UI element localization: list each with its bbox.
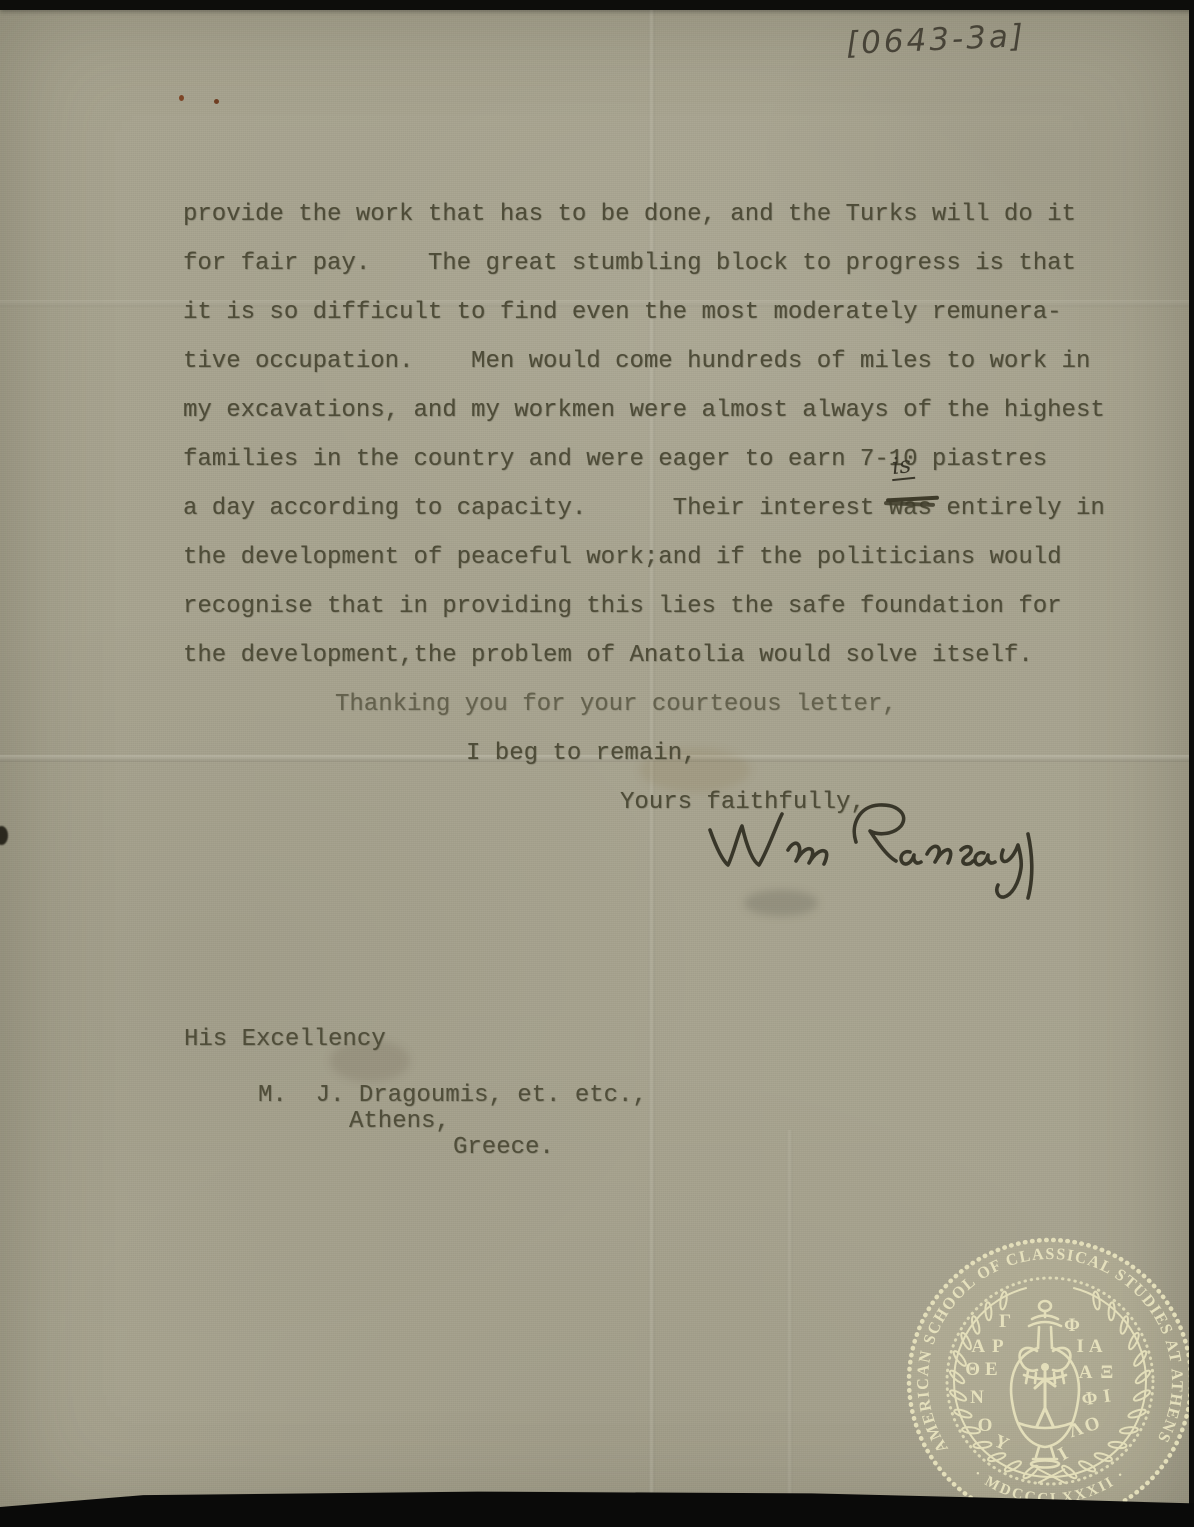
svg-text:ΑΡ: ΑΡ [971,1336,1010,1357]
closing-remain-line: I beg to remain, [183,729,1105,778]
correction-group: wasis [889,484,932,533]
scan-edge-right [1189,0,1194,1527]
svg-text:Ν: Ν [970,1387,984,1408]
recipient-name: M. J. Dragoumis, et. etc., [258,1082,647,1109]
correction-suffix: entirely in [932,495,1105,522]
typed-line: the development of peaceful work;and if … [183,533,1105,582]
scan-surface: [0643-3a] provide the work that has to b… [0,0,1194,1527]
correction-prefix: a day according to capacity. Their inter… [183,495,889,522]
typed-line: tive occupation. Men would come hundreds… [183,337,1105,386]
ink-speck [179,95,184,101]
vertical-fold-crease-lower [786,1130,793,1527]
svg-text:ΘΕ: ΘΕ [965,1359,1002,1380]
archival-annotation: [0643-3a] [845,18,1026,62]
recipient-honorific: His Excellency [184,1026,386,1053]
svg-text:Φ: Φ [1064,1315,1080,1336]
svg-text:Ο: Ο [978,1415,993,1436]
scan-edge-top [0,0,1194,10]
figure-head [1041,1363,1049,1371]
embossed-seal: AMERICAN SCHOOL OF CLASSICAL STUDIES AT … [900,1231,1194,1527]
typed-line: provide the work that has to be done, an… [183,190,1105,239]
struck-word: was [889,484,932,533]
handwritten-insertion: is [889,454,915,481]
typed-line: families in the country and were eager t… [183,435,1105,484]
typed-line: for fair pay. The great stumbling block … [183,239,1105,288]
signature-wm-ramsay [698,800,1048,905]
closing-thanks-line: Thanking you for your courteous letter, [183,680,1105,729]
typed-line: recognise that in providing this lies th… [183,582,1105,631]
typed-line: it is so difficult to find even the most… [183,288,1105,337]
recipient-city: Athens, [349,1108,450,1135]
typed-line-with-correction: a day according to capacity. Their inter… [183,484,1105,533]
typed-line: my excavations, and my workmen were almo… [183,386,1105,435]
svg-text:Γ: Γ [999,1311,1011,1332]
ink-speck [214,99,219,104]
scanned-letter-page: { "page": { "archival_annotation": "[064… [0,0,1194,1527]
typed-line: the development,the problem of Anatolia … [183,631,1105,680]
edge-ink-blot [0,826,8,845]
recipient-country: Greece. [453,1134,554,1161]
letter-body: provide the work that has to be done, an… [183,190,1105,827]
svg-text:ΑΞ: ΑΞ [1079,1362,1122,1383]
svg-text:ΙΑ: ΙΑ [1076,1336,1107,1357]
